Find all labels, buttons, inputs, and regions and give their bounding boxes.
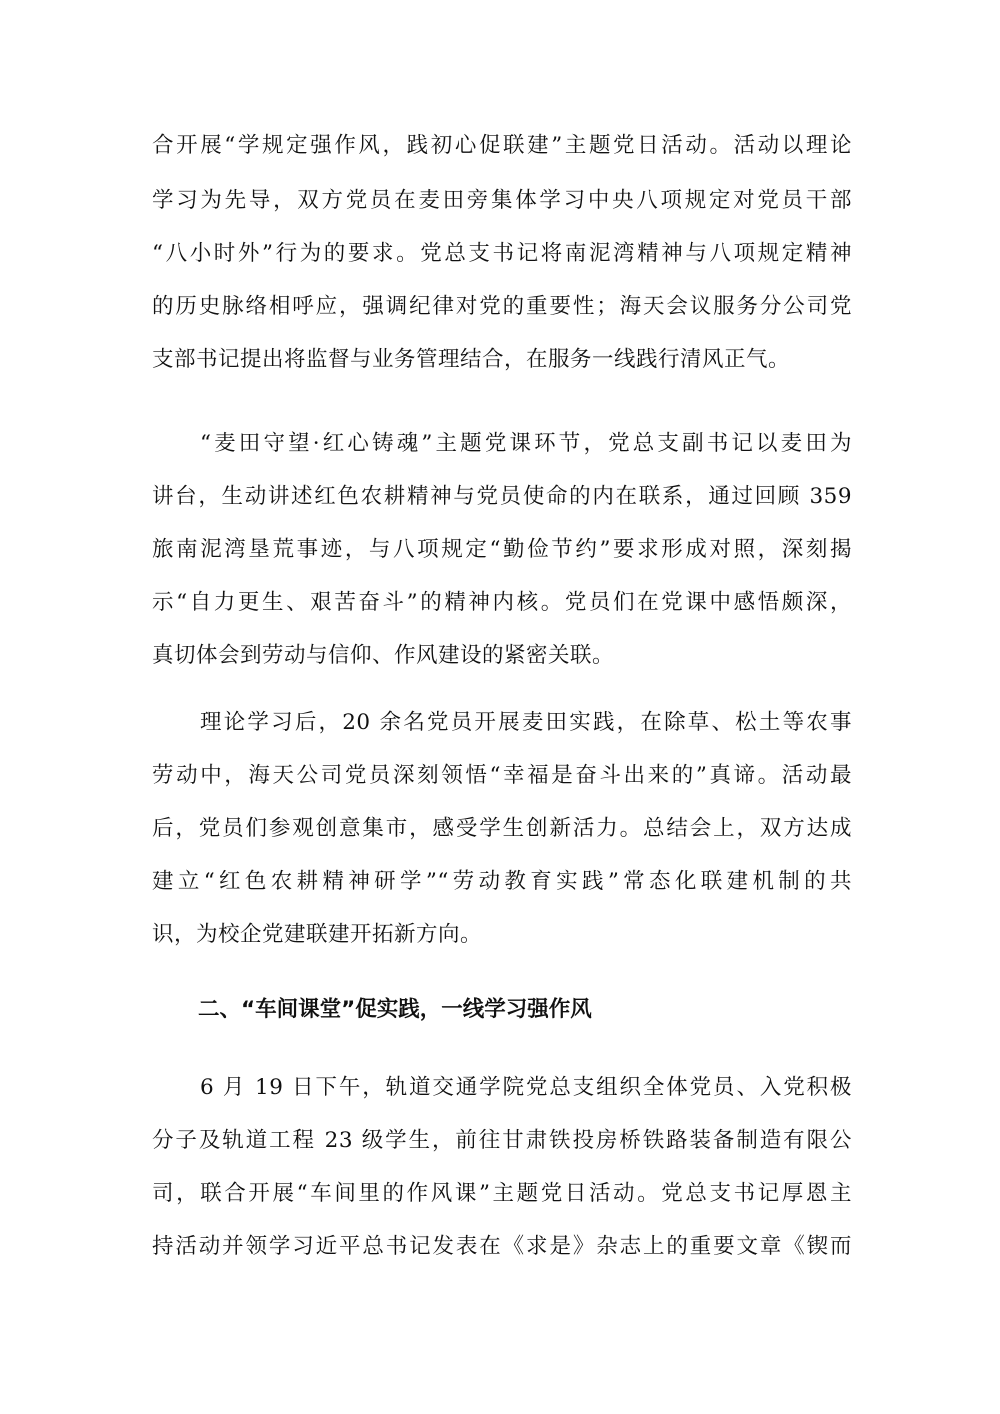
paragraph-1-line-5: 支部书记提出将监督与业务管理结合，在服务一线践行清风正气。 [152,345,852,375]
paragraph-3-line-3: 后，党员们参观创意集市，感受学生创新活力。总结会上，双方达成 [152,814,852,844]
paragraph-2-line-4: 示“自力更生、艰苦奋斗”的精神内核。党员们在党课中感悟颇深， [152,588,852,618]
paragraph-4-line-4: 持活动并领学习近平总书记发表在《求是》杂志上的重要文章《锲而 [152,1232,852,1262]
paragraph-4-line-3: 司，联合开展“车间里的作风课”主题党日活动。党总支书记厚恩主 [152,1179,852,1209]
paragraph-1-line-3: “八小时外”行为的要求。党总支书记将南泥湾精神与八项规定精神 [152,239,852,269]
paragraph-2-line-5: 真切体会到劳动与信仰、作风建设的紧密关联。 [152,641,852,671]
paragraph-3-line-4: 建立“红色农耕精神研学”“劳动教育实践”常态化联建机制的共 [152,867,852,897]
document-page: 合开展“学规定强作风，践初心促联建”主题党日活动。活动以理论 学习为先导，双方党… [0,0,1000,1414]
paragraph-1-line-1: 合开展“学规定强作风，践初心促联建”主题党日活动。活动以理论 [152,131,852,161]
paragraph-2-line-2: 讲台，生动讲述红色农耕精神与党员使命的内在联系，通过回顾 359 [152,482,852,512]
paragraph-1-line-2: 学习为先导，双方党员在麦田旁集体学习中央八项规定对党员干部 [152,186,852,216]
paragraph-3-line-1: 理论学习后，20 余名党员开展麦田实践，在除草、松土等农事 [200,708,852,738]
paragraph-2-line-3: 旅南泥湾垦荒事迹，与八项规定“勤俭节约”要求形成对照，深刻揭 [152,535,852,565]
paragraph-3-line-2: 劳动中，海天公司党员深刻领悟“幸福是奋斗出来的”真谛。活动最 [152,761,852,791]
paragraph-4-line-1: 6 月 19 日下午，轨道交通学院党总支组织全体党员、入党积极 [200,1073,852,1103]
paragraph-4-line-2: 分子及轨道工程 23 级学生，前往甘肃铁投房桥铁路装备制造有限公 [152,1126,852,1156]
section-heading: 二、“车间课堂”促实践，一线学习强作风 [198,995,592,1025]
paragraph-2-line-1: “麦田守望·红心铸魂”主题党课环节，党总支副书记以麦田为 [200,429,852,459]
paragraph-3-line-5: 识，为校企党建联建开拓新方向。 [152,920,852,950]
paragraph-1-line-4: 的历史脉络相呼应，强调纪律对党的重要性；海天会议服务分公司党 [152,292,852,322]
